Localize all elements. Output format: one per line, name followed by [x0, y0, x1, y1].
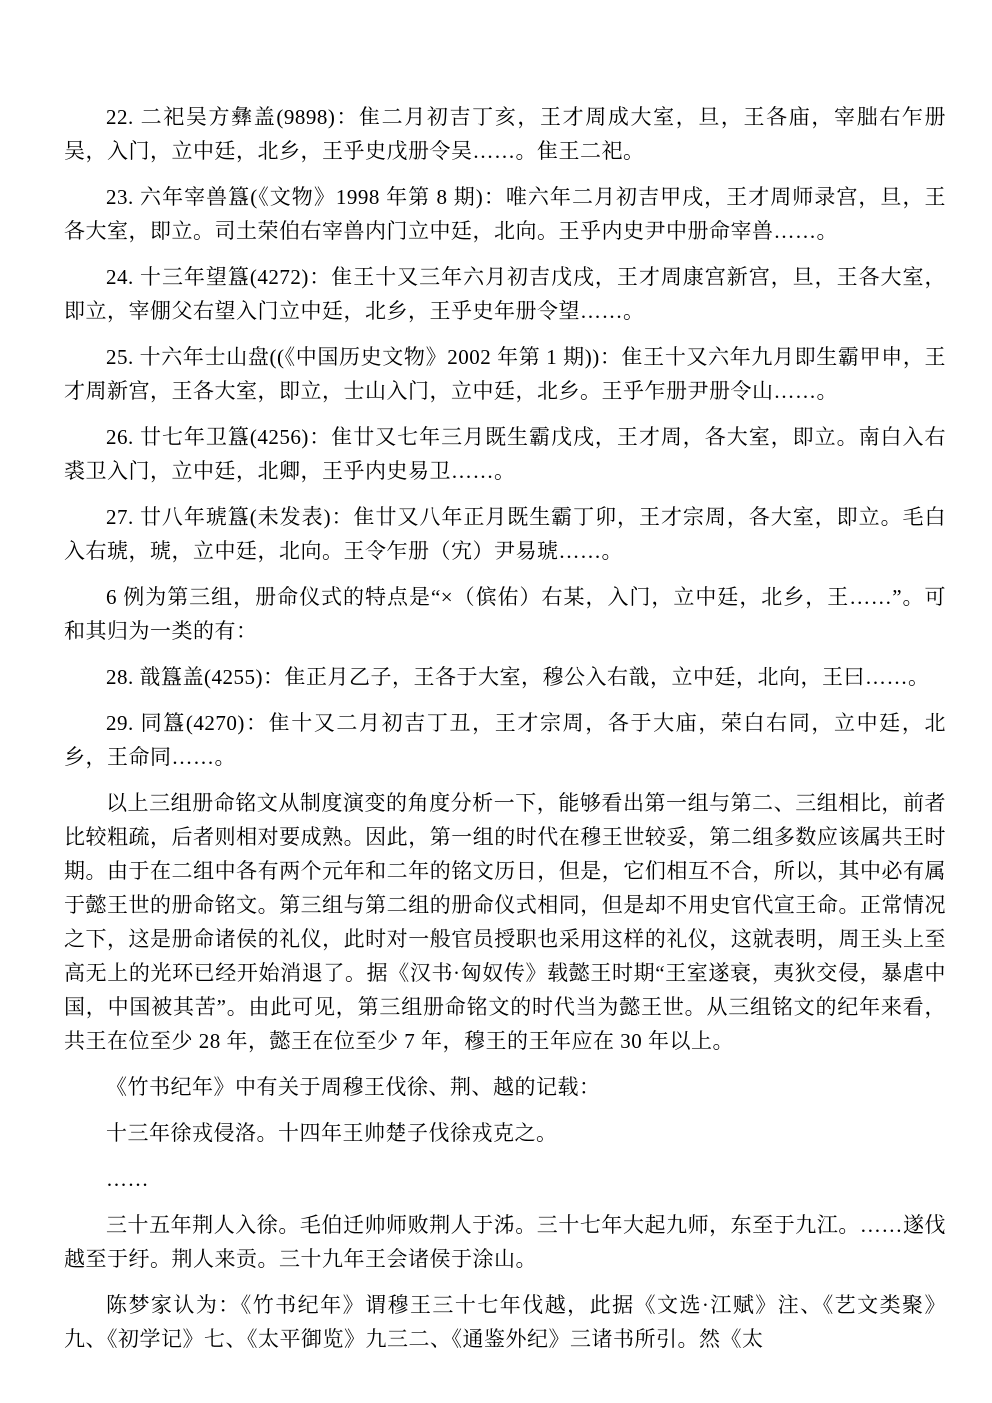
para-chen-mengjia: 陈梦家认为：《竹书纪年》谓穆王三十七年伐越，此据《文选·江赋》注、《艺文类聚》九…: [64, 1288, 946, 1356]
para-third-group-note: 6 例为第三组，册命仪式的特点是“×（傧佑）右某，入门，立中廷，北乡，王……”。…: [64, 580, 946, 648]
para-bamboo-annals-intro: 《竹书纪年》中有关于周穆王伐徐、荆、越的记载：: [64, 1070, 946, 1104]
entry-29-tong-gui: 29. 同簋(4270)：隹十又二月初吉丁丑，王才宗周，各于大庙，荣白右同，立中…: [64, 706, 946, 774]
entry-27-hu-gui: 27. 廿八年琥簋(未发表)：隹廿又八年正月既生霸丁卯，王才宗周，各大室，即立。…: [64, 500, 946, 568]
entry-22-wu-fangyi-gai: 22. 二祀吴方彝盖(9898)：隹二月初吉丁亥，王才周成大室，旦，王各庙，宰朏…: [64, 100, 946, 168]
ellipsis-line: ……: [64, 1162, 946, 1196]
entry-28-gui-gai: 28. 戠簋盖(4255)：隹正月乙子，王各于大室，穆公入右戠，立中廷，北向，王…: [64, 660, 946, 694]
quote-annals-line-2: 三十五年荆人入徐。毛伯迁帅师败荆人于泲。三十七年大起九师，东至于九江。……遂伐越…: [64, 1208, 946, 1276]
entry-24-wang-gui: 24. 十三年望簋(4272)：隹王十又三年六月初吉戊戌，王才周康宫新宫，旦，王…: [64, 260, 946, 328]
entry-25-shishan-pan: 25. 十六年士山盘((《中国历史文物》2002 年第 1 期))：隹王十又六年…: [64, 340, 946, 408]
entry-23-zaishou-gui: 23. 六年宰兽簋(《文物》1998 年第 8 期)：唯六年二月初吉甲戌，王才周…: [64, 180, 946, 248]
entry-26-wei-gui: 26. 廿七年卫簋(4256)：隹廿又七年三月既生霸戊戌，王才周，各大室，即立。…: [64, 420, 946, 488]
quote-annals-line-1: 十三年徐戎侵洛。十四年王帅楚子伐徐戎克之。: [64, 1116, 946, 1150]
document-page: 22. 二祀吴方彝盖(9898)：隹二月初吉丁亥，王才周成大室，旦，王各庙，宰朏…: [0, 0, 992, 1403]
para-analysis: 以上三组册命铭文从制度演变的角度分析一下，能够看出第一组与第二、三组相比，前者比…: [64, 786, 946, 1058]
document-body: 22. 二祀吴方彝盖(9898)：隹二月初吉丁亥，王才周成大室，旦，王各庙，宰朏…: [64, 100, 946, 1356]
